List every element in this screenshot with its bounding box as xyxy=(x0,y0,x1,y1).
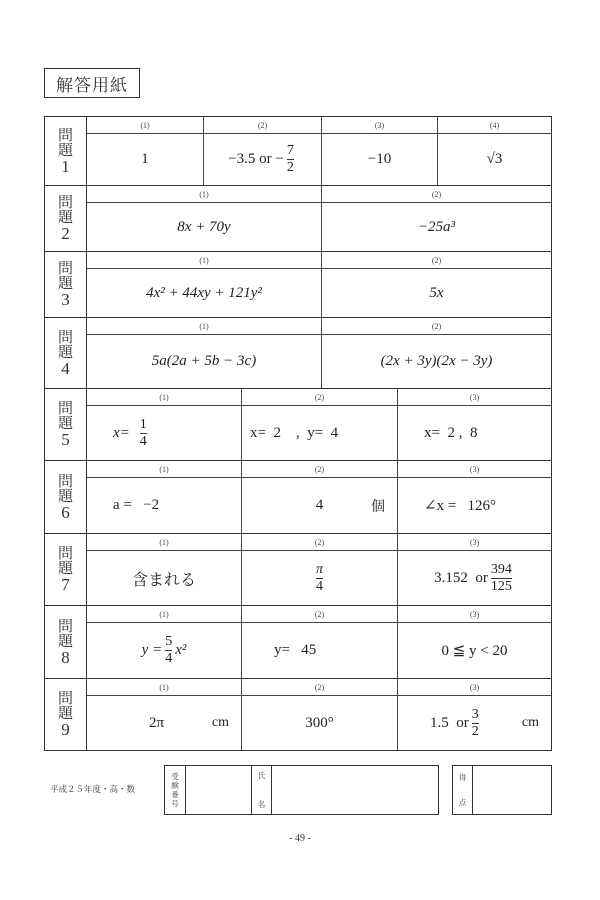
question-number: 2 xyxy=(61,225,70,242)
question-label: 問 題 6 xyxy=(45,461,87,533)
answer-value: π4 xyxy=(242,551,397,605)
numerator: 7 xyxy=(287,143,294,159)
answer-table: 問 題 1 (1) 1 (2) −3.5 or − 72 (3) −10 (4) xyxy=(44,116,552,751)
fraction: π4 xyxy=(316,562,323,595)
question-row-1: 問 題 1 (1) 1 (2) −3.5 or − 72 (3) −10 (4) xyxy=(45,117,551,185)
fraction: 54 xyxy=(165,634,172,667)
answer-value: 300° xyxy=(242,696,397,750)
answer-value: y = 54 x² xyxy=(87,623,241,678)
part-tag: (3) xyxy=(398,679,551,696)
denominator: 125 xyxy=(491,579,512,595)
score-box: 得 点 xyxy=(452,765,552,815)
question-number: 8 xyxy=(61,649,70,666)
answer-prefix: 3.152 or xyxy=(434,570,488,587)
answer-value: −25a³ xyxy=(322,203,551,251)
exam-number-label: 受 験 番 号 xyxy=(165,766,186,814)
name-label: 氏 名 xyxy=(252,766,272,814)
label-char: 題 xyxy=(58,416,73,431)
numerator: 3 xyxy=(472,707,479,723)
part-tag: (1) xyxy=(87,606,241,623)
question-row-6: 問 題 6 (1) a = −2 (2) 4 個 (3) ∠x = 126° xyxy=(45,460,551,533)
question-row-9: 問 題 9 (1) 2π cm (2) 300° (3) 1.5 or 32 xyxy=(45,678,551,750)
answer-cell: (3) x= 2 , 8 xyxy=(397,389,551,460)
answer-value: 8x + 70y xyxy=(87,203,321,251)
answer-value: 含まれる xyxy=(87,551,241,605)
label-char: 題 xyxy=(58,210,73,225)
question-row-3: 問 題 3 (1) 4x² + 44xy + 121y² (2) 5x xyxy=(45,251,551,317)
part-tag: (2) xyxy=(204,117,321,134)
numerator: π xyxy=(316,562,323,578)
fraction: 14 xyxy=(140,417,147,450)
answer-cell: (1) 4x² + 44xy + 121y² xyxy=(87,252,321,317)
label-char: 験 xyxy=(171,781,179,790)
answer-value: −3.5 or − 72 xyxy=(204,134,321,185)
label-char: 氏 xyxy=(258,771,266,780)
answer-cell: (1) 5a(2a + 5b − 3c) xyxy=(87,318,321,388)
label-char: 題 xyxy=(58,706,73,721)
question-label: 問 題 4 xyxy=(45,318,87,388)
label-char: 番 xyxy=(171,790,179,799)
answer-cell: (3) 1.5 or 32 cm xyxy=(397,679,551,750)
score-field[interactable] xyxy=(473,766,551,814)
score-label: 得 点 xyxy=(453,766,473,814)
question-number: 9 xyxy=(61,721,70,738)
fraction: 72 xyxy=(287,143,294,176)
label-char: 題 xyxy=(58,276,73,291)
part-tag: (3) xyxy=(398,534,551,551)
answer-cell: (1) x= 14 xyxy=(87,389,241,460)
question-label: 問 題 2 xyxy=(45,186,87,251)
numerator: 394 xyxy=(491,562,512,578)
answer-cell: (3) ∠x = 126° xyxy=(397,461,551,533)
question-label: 問 題 9 xyxy=(45,679,87,750)
answer-prefix: y = xyxy=(142,642,163,659)
answer-value: x= 2 , 8 xyxy=(398,406,551,460)
label-char: 題 xyxy=(58,345,73,360)
answer-cell: (3) −10 xyxy=(321,117,437,185)
label-char: 題 xyxy=(58,489,73,504)
answer-number: 2π xyxy=(149,715,164,732)
answer-number: 4 xyxy=(316,497,324,514)
question-label: 問 題 3 xyxy=(45,252,87,317)
unit-label: cm xyxy=(522,715,539,731)
unit-label: cm xyxy=(212,715,229,731)
label-char: 題 xyxy=(58,561,73,576)
denominator: 4 xyxy=(140,434,147,450)
answer-suffix: x² xyxy=(175,642,186,659)
answer-cell: (4) √3 xyxy=(437,117,551,185)
question-row-5: 問 題 5 (1) x= 14 (2) x= 2 , y= 4 (3) x= 2… xyxy=(45,388,551,460)
answer-value: y= 45 xyxy=(242,623,397,678)
answer-prefix: x= xyxy=(113,425,130,442)
page-number: - 49 - xyxy=(0,833,600,844)
part-tag: (2) xyxy=(322,252,551,269)
answer-cell: (1) 8x + 70y xyxy=(87,186,321,251)
question-number: 5 xyxy=(61,431,70,448)
answer-cell: (1) a = −2 xyxy=(87,461,241,533)
label-char: 受 xyxy=(171,772,179,781)
answer-cell: (1) 含まれる xyxy=(87,534,241,605)
question-label: 問 題 8 xyxy=(45,606,87,678)
part-tag: (1) xyxy=(87,117,203,134)
answer-prefix: 1.5 or xyxy=(430,715,469,732)
question-number: 7 xyxy=(61,576,70,593)
part-tag: (4) xyxy=(438,117,551,134)
answer-value: 0 ≦ y < 20 xyxy=(398,623,551,678)
denominator: 2 xyxy=(287,160,294,176)
numerator: 1 xyxy=(140,417,147,433)
answer-value: −10 xyxy=(322,134,437,185)
answer-value: 2π cm xyxy=(87,696,241,750)
answer-value: a = −2 xyxy=(87,478,241,533)
part-tag: (2) xyxy=(322,318,551,335)
part-tag: (1) xyxy=(87,461,241,478)
part-tag: (1) xyxy=(87,318,321,335)
label-char: 題 xyxy=(58,143,73,158)
label-char: 号 xyxy=(171,799,179,808)
question-label: 問 題 7 xyxy=(45,534,87,605)
answer-cell: (1) 2π cm xyxy=(87,679,241,750)
denominator: 4 xyxy=(316,579,323,595)
question-label: 問 題 1 xyxy=(45,117,87,185)
answer-value: 5x xyxy=(322,269,551,317)
label-char: 名 xyxy=(258,800,266,809)
question-row-8: 問 題 8 (1) y = 54 x² (2) y= 45 (3) 0 ≦ y … xyxy=(45,605,551,678)
part-tag: (1) xyxy=(87,186,321,203)
part-tag: (2) xyxy=(242,606,397,623)
answer-value: x= 14 xyxy=(87,406,241,460)
denominator: 4 xyxy=(165,651,172,667)
answer-value: √3 xyxy=(438,134,551,185)
part-tag: (3) xyxy=(322,117,437,134)
fraction: 32 xyxy=(472,707,479,740)
label-char: 得 xyxy=(459,773,467,782)
part-tag: (2) xyxy=(322,186,551,203)
answer-value: 4 個 xyxy=(242,478,397,533)
student-info-box: 受 験 番 号 氏 名 xyxy=(164,765,439,815)
part-tag: (1) xyxy=(87,679,241,696)
answer-cell: (3) 3.152 or 394125 xyxy=(397,534,551,605)
question-row-7: 問 題 7 (1) 含まれる (2) π4 (3) 3.152 or 39412… xyxy=(45,533,551,605)
question-number: 6 xyxy=(61,504,70,521)
part-tag: (1) xyxy=(87,389,241,406)
part-tag: (1) xyxy=(87,534,241,551)
part-tag: (3) xyxy=(398,461,551,478)
part-tag: (2) xyxy=(242,461,397,478)
question-row-2: 問 題 2 (1) 8x + 70y (2) −25a³ xyxy=(45,185,551,251)
part-tag: (2) xyxy=(242,679,397,696)
name-field[interactable] xyxy=(272,766,438,814)
label-char: 点 xyxy=(459,798,467,807)
part-tag: (2) xyxy=(242,389,397,406)
answer-cell: (2) −3.5 or − 72 xyxy=(203,117,321,185)
part-tag: (3) xyxy=(398,389,551,406)
answer-cell: (2) (2x + 3y)(2x − 3y) xyxy=(321,318,551,388)
answer-prefix: −3.5 or − xyxy=(228,151,284,168)
answer-value: 4x² + 44xy + 121y² xyxy=(87,269,321,317)
answer-cell: (3) 0 ≦ y < 20 xyxy=(397,606,551,678)
exam-label: 平成２５年度・高・数 xyxy=(50,783,135,795)
answer-cell: (2) 300° xyxy=(241,679,397,750)
label-char: 題 xyxy=(58,634,73,649)
answer-value: x= 2 , y= 4 xyxy=(242,406,397,460)
denominator: 2 xyxy=(472,724,479,740)
question-label: 問 題 5 xyxy=(45,389,87,460)
answer-value: 5a(2a + 5b − 3c) xyxy=(87,335,321,388)
answer-cell: (1) 1 xyxy=(87,117,203,185)
exam-number-field[interactable] xyxy=(186,766,252,814)
answer-value: 1 xyxy=(87,134,203,185)
answer-cell: (2) 5x xyxy=(321,252,551,317)
answer-cell: (2) x= 2 , y= 4 xyxy=(241,389,397,460)
part-tag: (2) xyxy=(242,534,397,551)
fraction: 394125 xyxy=(491,562,512,595)
part-tag: (1) xyxy=(87,252,321,269)
part-tag: (3) xyxy=(398,606,551,623)
answer-value: 3.152 or 394125 xyxy=(398,551,551,605)
answer-cell: (1) y = 54 x² xyxy=(87,606,241,678)
answer-value: ∠x = 126° xyxy=(398,478,551,533)
answer-cell: (2) 4 個 xyxy=(241,461,397,533)
unit-label: 個 xyxy=(371,496,385,516)
answer-cell: (2) y= 45 xyxy=(241,606,397,678)
numerator: 5 xyxy=(165,634,172,650)
question-number: 1 xyxy=(61,158,70,175)
answer-value: 1.5 or 32 cm xyxy=(398,696,551,750)
sheet-title: 解答用紙 xyxy=(44,68,140,98)
answer-cell: (2) −25a³ xyxy=(321,186,551,251)
answer-cell: (2) π4 xyxy=(241,534,397,605)
question-number: 4 xyxy=(61,360,70,377)
question-number: 3 xyxy=(61,291,70,308)
question-row-4: 問 題 4 (1) 5a(2a + 5b − 3c) (2) (2x + 3y)… xyxy=(45,317,551,388)
answer-value: (2x + 3y)(2x − 3y) xyxy=(322,335,551,388)
